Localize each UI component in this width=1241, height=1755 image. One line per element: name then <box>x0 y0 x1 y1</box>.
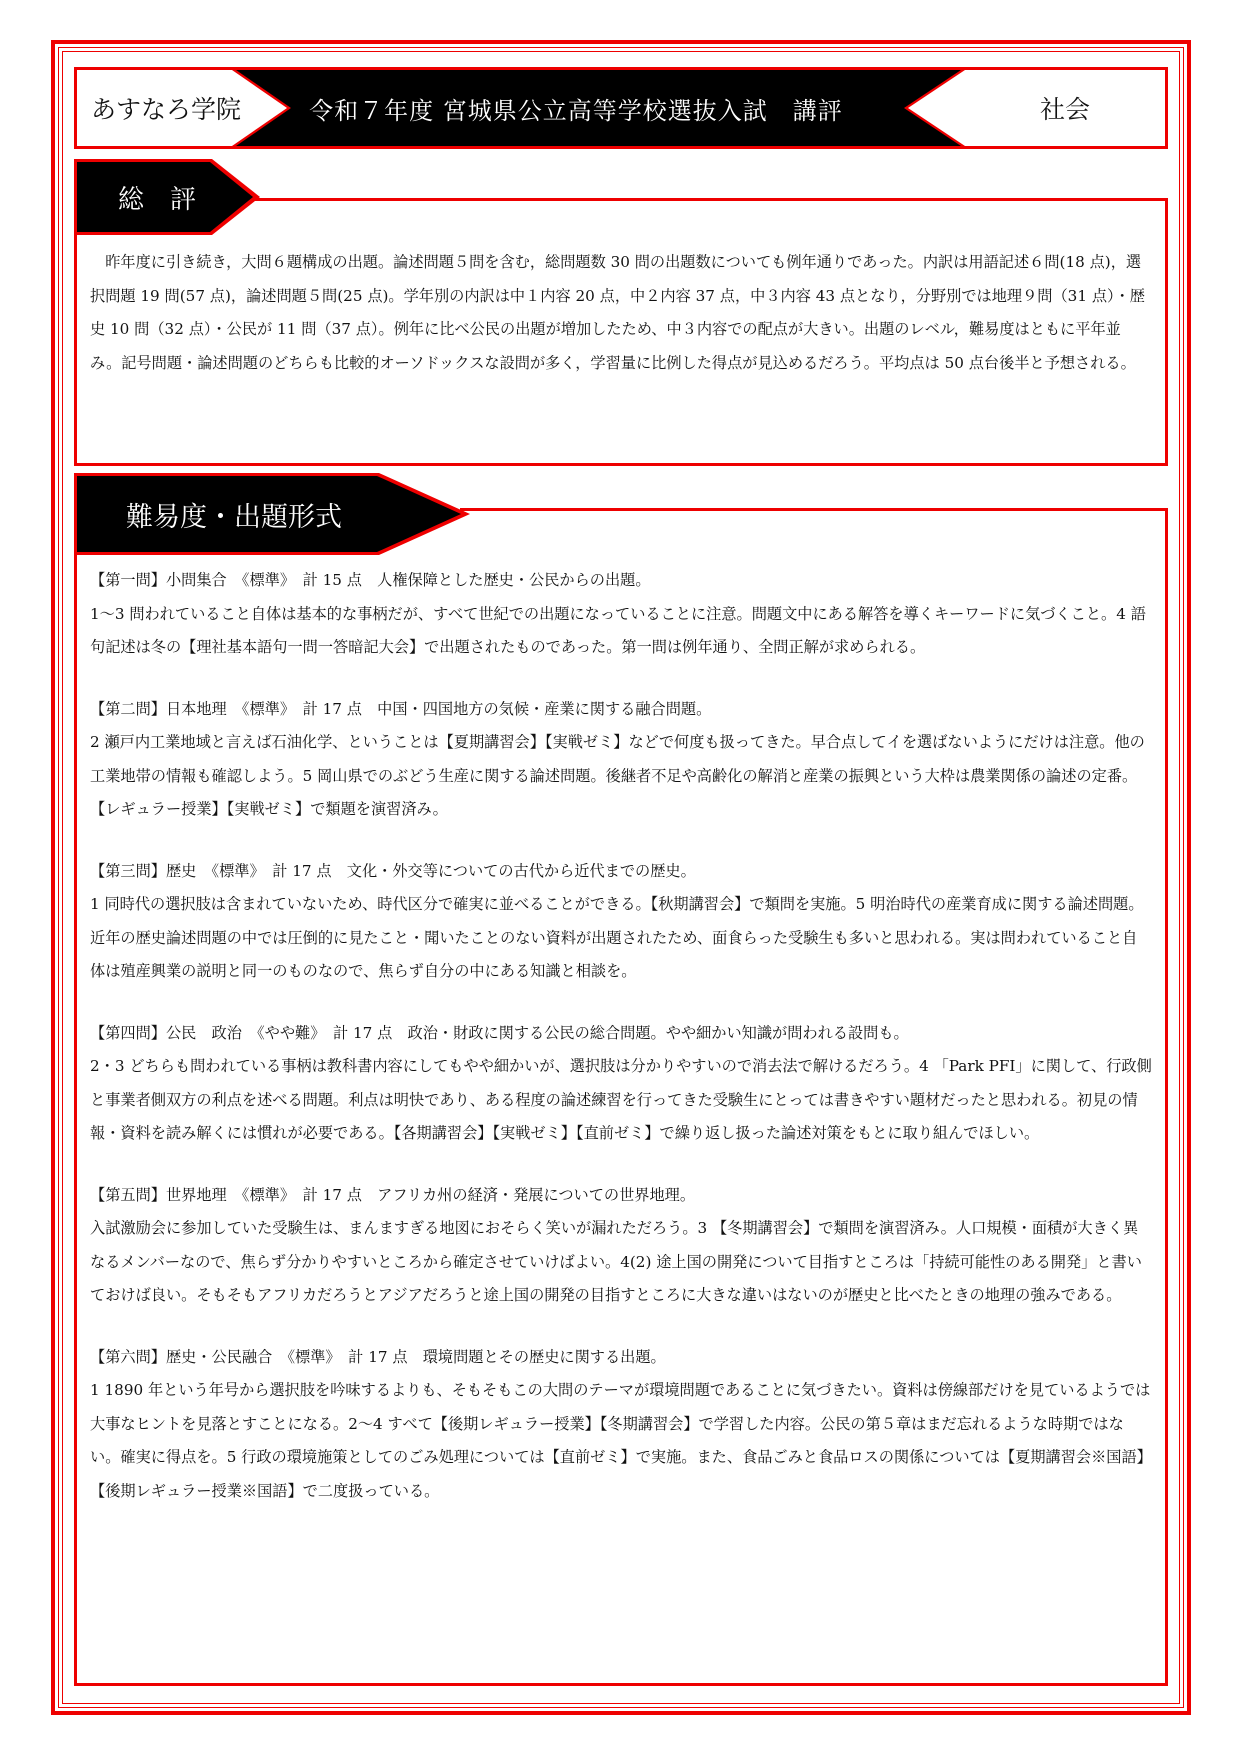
question-item-2: 【第二問】日本地理 《標準》 計 17 点 中国・四国地方の気候・産業に関する融… <box>90 693 1152 827</box>
difficulty-heading: 難易度・出題形式 <box>126 473 342 555</box>
header-banner: あすなろ学院 令和７年度 宮城県公立高等学校選抜入試 講評 社会 <box>74 67 1168 149</box>
document-title: 令和７年度 宮城県公立高等学校選抜入試 講評 <box>307 70 845 146</box>
question-body: 2 瀬戸内工業地域と言えば石油化学、ということは【夏期講習会】【実戦ゼミ】などで… <box>90 726 1152 827</box>
subject-label: 社会 <box>965 70 1165 146</box>
question-item-3: 【第三問】歴史 《標準》 計 17 点 文化・外交等についての古代から近代までの… <box>90 855 1152 989</box>
question-header: 【第一問】小問集合 《標準》 計 15 点 人権保障とした歴史・公民からの出題。 <box>90 564 1152 598</box>
question-header: 【第六問】歴史・公民融合 《標準》 計 17 点 環境問題とその歴史に関する出題… <box>90 1341 1152 1375</box>
question-header: 【第三問】歴史 《標準》 計 17 点 文化・外交等についての古代から近代までの… <box>90 855 1152 889</box>
question-body: 1 同時代の選択肢は含まれていないため、時代区分で確実に並べることができる。【秋… <box>90 888 1152 989</box>
question-item-5: 【第五問】世界地理 《標準》 計 17 点 アフリカ州の経済・発展についての世界… <box>90 1179 1152 1313</box>
question-body: 入試激励会に参加していた受験生は、まんますぎる地図におそらく笑いが漏れただろう。… <box>90 1212 1152 1313</box>
question-header: 【第二問】日本地理 《標準》 計 17 点 中国・四国地方の気候・産業に関する融… <box>90 693 1152 727</box>
question-header: 【第五問】世界地理 《標準》 計 17 点 アフリカ州の経済・発展についての世界… <box>90 1179 1152 1213</box>
summary-heading: 総 評 <box>118 159 196 235</box>
question-list: 【第一問】小問集合 《標準》 計 15 点 人権保障とした歴史・公民からの出題。… <box>90 564 1152 1508</box>
question-item-6: 【第六問】歴史・公民融合 《標準》 計 17 点 環境問題とその歴史に関する出題… <box>90 1341 1152 1509</box>
question-body: 2・3 どちらも問われている事柄は教科書内容にしてもやや細かいが、選択肢は分かり… <box>90 1050 1152 1151</box>
difficulty-heading-tab: 難易度・出題形式 <box>74 473 470 555</box>
question-item-4: 【第四問】公民 政治 《やや難》 計 17 点 政治・財政に関する公民の総合問題… <box>90 1017 1152 1151</box>
question-item-1: 【第一問】小問集合 《標準》 計 15 点 人権保障とした歴史・公民からの出題。… <box>90 564 1152 665</box>
question-header: 【第四問】公民 政治 《やや難》 計 17 点 政治・財政に関する公民の総合問題… <box>90 1017 1152 1051</box>
summary-paragraph: 昨年度に引き続き，大問６題構成の出題。論述問題５問を含む，総問題数 30 問の出… <box>90 246 1152 380</box>
school-name: あすなろ学院 <box>91 70 241 146</box>
question-body: 1 1890 年という年号から選択肢を吟味するよりも、そもそもこの大問のテーマが… <box>90 1374 1152 1508</box>
summary-text: 昨年度に引き続き，大問６題構成の出題。論述問題５問を含む，総問題数 30 問の出… <box>90 246 1152 380</box>
question-body: 1～3 問われていること自体は基本的な事柄だが、すべて世紀での出題になっているこ… <box>90 598 1152 665</box>
summary-heading-tab: 総 評 <box>74 159 260 235</box>
